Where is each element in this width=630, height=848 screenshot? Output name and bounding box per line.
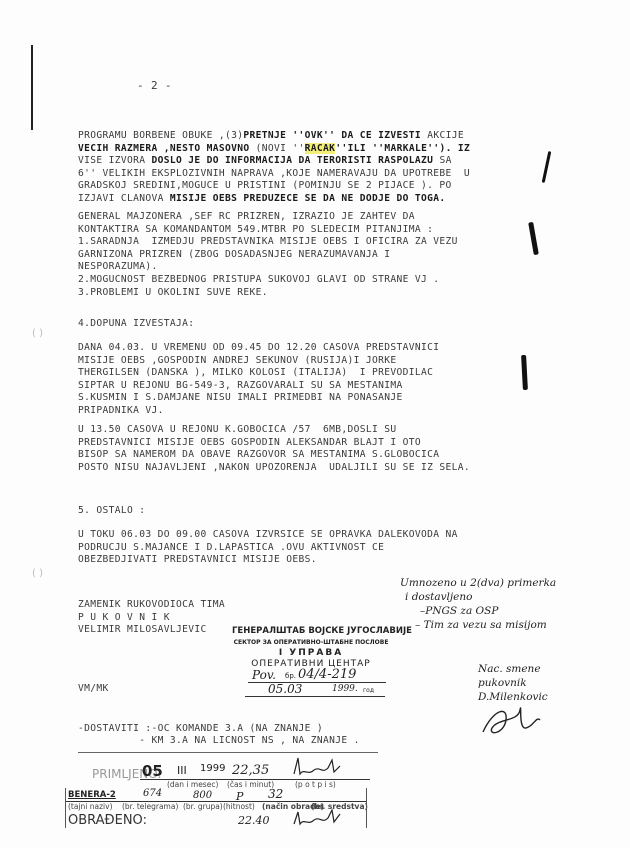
text-line: PREDSTAVNICI MISIJE OEBS GOSPODIN ALEKSA… xyxy=(78,437,421,449)
stamp-year-suffix: год xyxy=(363,687,374,694)
text-line: SIPTAR U REJONU BG-549-3, RAZGOVARALI SU… xyxy=(78,380,403,392)
text-line: NESPORAZUMA). xyxy=(78,261,158,273)
left-margin-line xyxy=(31,45,33,130)
text-line: GENERAL MAJZONERA ,SEF RC PRIZREN, IZRAZ… xyxy=(78,211,415,223)
label-signature: (p o t p i s) xyxy=(295,780,336,789)
obradjeno-label: OBRAĐENO: xyxy=(68,813,147,828)
note-line: Umnozeno u 2(dva) primerka xyxy=(400,577,556,590)
stamp-line2: СЕКТОР ЗА ОПЕРАТИВНО-ШТАБНЕ ПОСЛОВЕ xyxy=(226,639,396,646)
page-number: - 2 - xyxy=(137,80,172,92)
text-line: 3.PROBLEMI U OKOLINI SUVE REKE. xyxy=(78,287,268,299)
signature-scribble xyxy=(478,700,548,740)
group-count: 800 xyxy=(193,790,212,801)
stamp-year: 1999. xyxy=(332,684,358,694)
text-line: THERGILSEN (DANSKA ), MILKO KOLOSI (ITAL… xyxy=(78,367,433,379)
text-line: 2.MOGUCNOST BEZBEDNOG PRISTUPA SUKOVOJ G… xyxy=(78,274,439,286)
received-month: III xyxy=(177,764,187,777)
processing-method: 32 xyxy=(268,787,283,801)
stamp-date: 05.03 xyxy=(268,682,302,696)
label-groups: (br. grupa) xyxy=(183,802,223,811)
text-line: DANA 04.03. U VREMENU OD 09.45 DO 12.20 … xyxy=(78,342,439,354)
section4-heading: 4.DOPUNA IZVESTAJA: xyxy=(78,318,194,330)
text-line: U TOKU 06.03 DO 09.00 CASOVA IZVRSICE SE… xyxy=(78,529,458,541)
text-line: PODRUCJU S.MAJANCE I D.LAPASTICA .OVU AK… xyxy=(78,542,384,554)
signoff-line: pukovnik xyxy=(478,677,527,690)
typist-initials: VM/MK xyxy=(78,683,109,695)
distribution-line: - KM 3.A NA LICNOST NS , NA ZNANJE . xyxy=(78,735,360,747)
stamp-reg-prefix: Pov. xyxy=(252,668,276,682)
stamp-reg-number: 04/4-219 xyxy=(298,667,356,682)
text-line: 6'' VELIKIH EKSPLOZIVNIH NAPRAVA ,KOJE N… xyxy=(78,168,470,180)
stamp-line1: ГЕНЕРАЛШТАБ ВОЈСКЕ ЈУГОСЛАВИЈЕ xyxy=(232,626,402,636)
signature-line: VELIMIR MILOSAVLJEVIC xyxy=(78,624,207,636)
processed-time: 22.40 xyxy=(238,814,270,827)
text-line: PROGRAMU BORBENE OBUKE ,(3)PRETNJE ''OVK… xyxy=(78,130,464,142)
code-name: BENERA-2 xyxy=(68,790,116,800)
text-line: VISE IZVORA DOSLO JE DO INFORMACIJA DA T… xyxy=(78,155,452,167)
received-time: 22,35 xyxy=(232,763,269,778)
note-line: –PNGS za OSP xyxy=(420,605,498,618)
telegram-number: 674 xyxy=(143,788,162,799)
received-signature xyxy=(290,756,350,778)
margin-pen-mark xyxy=(542,151,552,183)
text-line: GRADSKOJ SREDINI,MOGUCE U PRISTINI (POMI… xyxy=(78,180,452,192)
section5-heading: 5. OSTALO : xyxy=(78,505,145,517)
margin-bracket: ( ) xyxy=(32,568,43,579)
text-line: POSTO NISU NAJAVLJENI ,NAKON UPOZORENJA … xyxy=(78,462,470,474)
received-year: 1999 xyxy=(200,763,225,774)
text-line: VECIH RAZMERA ,NESTO MASOVNO (NOVI ''RAC… xyxy=(78,143,470,155)
text-line: GARNIZONA PRIZREN (ZBOG DOSADASNJEG NERA… xyxy=(78,249,390,261)
text-line: MISIJE OEBS ,GOSPODIN ANDREJ SEKUNOV (RU… xyxy=(78,355,397,367)
distribution-line: -DOSTAVITI :-OC KOMANDE 3.A (NA ZNANJE ) xyxy=(78,723,323,735)
signoff-line: Nac. smene xyxy=(478,663,541,676)
signature-line: P U K O V N I K xyxy=(78,612,170,624)
label-urgency: (hitnost) xyxy=(223,802,255,811)
stamp-line3: I УПРАВА xyxy=(226,648,396,658)
processed-signature xyxy=(290,808,350,828)
note-line: i dostavljeno xyxy=(405,591,472,604)
text-line: KONTAKTIRA SA KOMANDANTOM 549.MTBR PO SL… xyxy=(78,224,433,236)
margin-bracket: ( ) xyxy=(32,328,43,339)
text-line: BISOP SA NAMEROM DA OBAVE RAZGOVOR SA ME… xyxy=(78,449,439,461)
note-line: – Tim za vezu sa misijom xyxy=(415,619,547,632)
label-day-month: (dan i mesec) xyxy=(167,780,218,789)
text-line: OBEZBEDJIVATI PREDSTAVNICI MISIJE OEBS. xyxy=(78,554,317,566)
margin-pen-mark xyxy=(528,222,539,255)
text-line: U 13.50 CASOVA U REJONU K.GOBOCICA /57 6… xyxy=(78,424,397,436)
received-day: 05 xyxy=(142,762,163,780)
text-line: PRIPADNIKA VJ. xyxy=(78,405,164,417)
label-telegram-no: (br. telegrama) xyxy=(122,802,178,811)
margin-pen-mark xyxy=(521,355,528,390)
signature-line: ZAMENIK RUKOVODIOCA TIMA xyxy=(78,599,225,611)
text-line: IZJAVI CLANOVA MISIJE OEBS PREDUZECE SE … xyxy=(78,193,446,205)
text-line: 1.SARADNJA IZMEDJU PREDSTAVNIKA MISIJE O… xyxy=(78,236,458,248)
document-page: - 2 - PROGRAMU BORBENE OBUKE ,(3)PRETNJE… xyxy=(0,0,630,848)
text-line: S.KUSMIN I S.DAMJANE NISU IMALI PRIMEDBI… xyxy=(78,392,403,404)
label-code-name: (tajni naziv) xyxy=(68,802,113,811)
stamp-reg-label: бр. xyxy=(285,672,296,680)
